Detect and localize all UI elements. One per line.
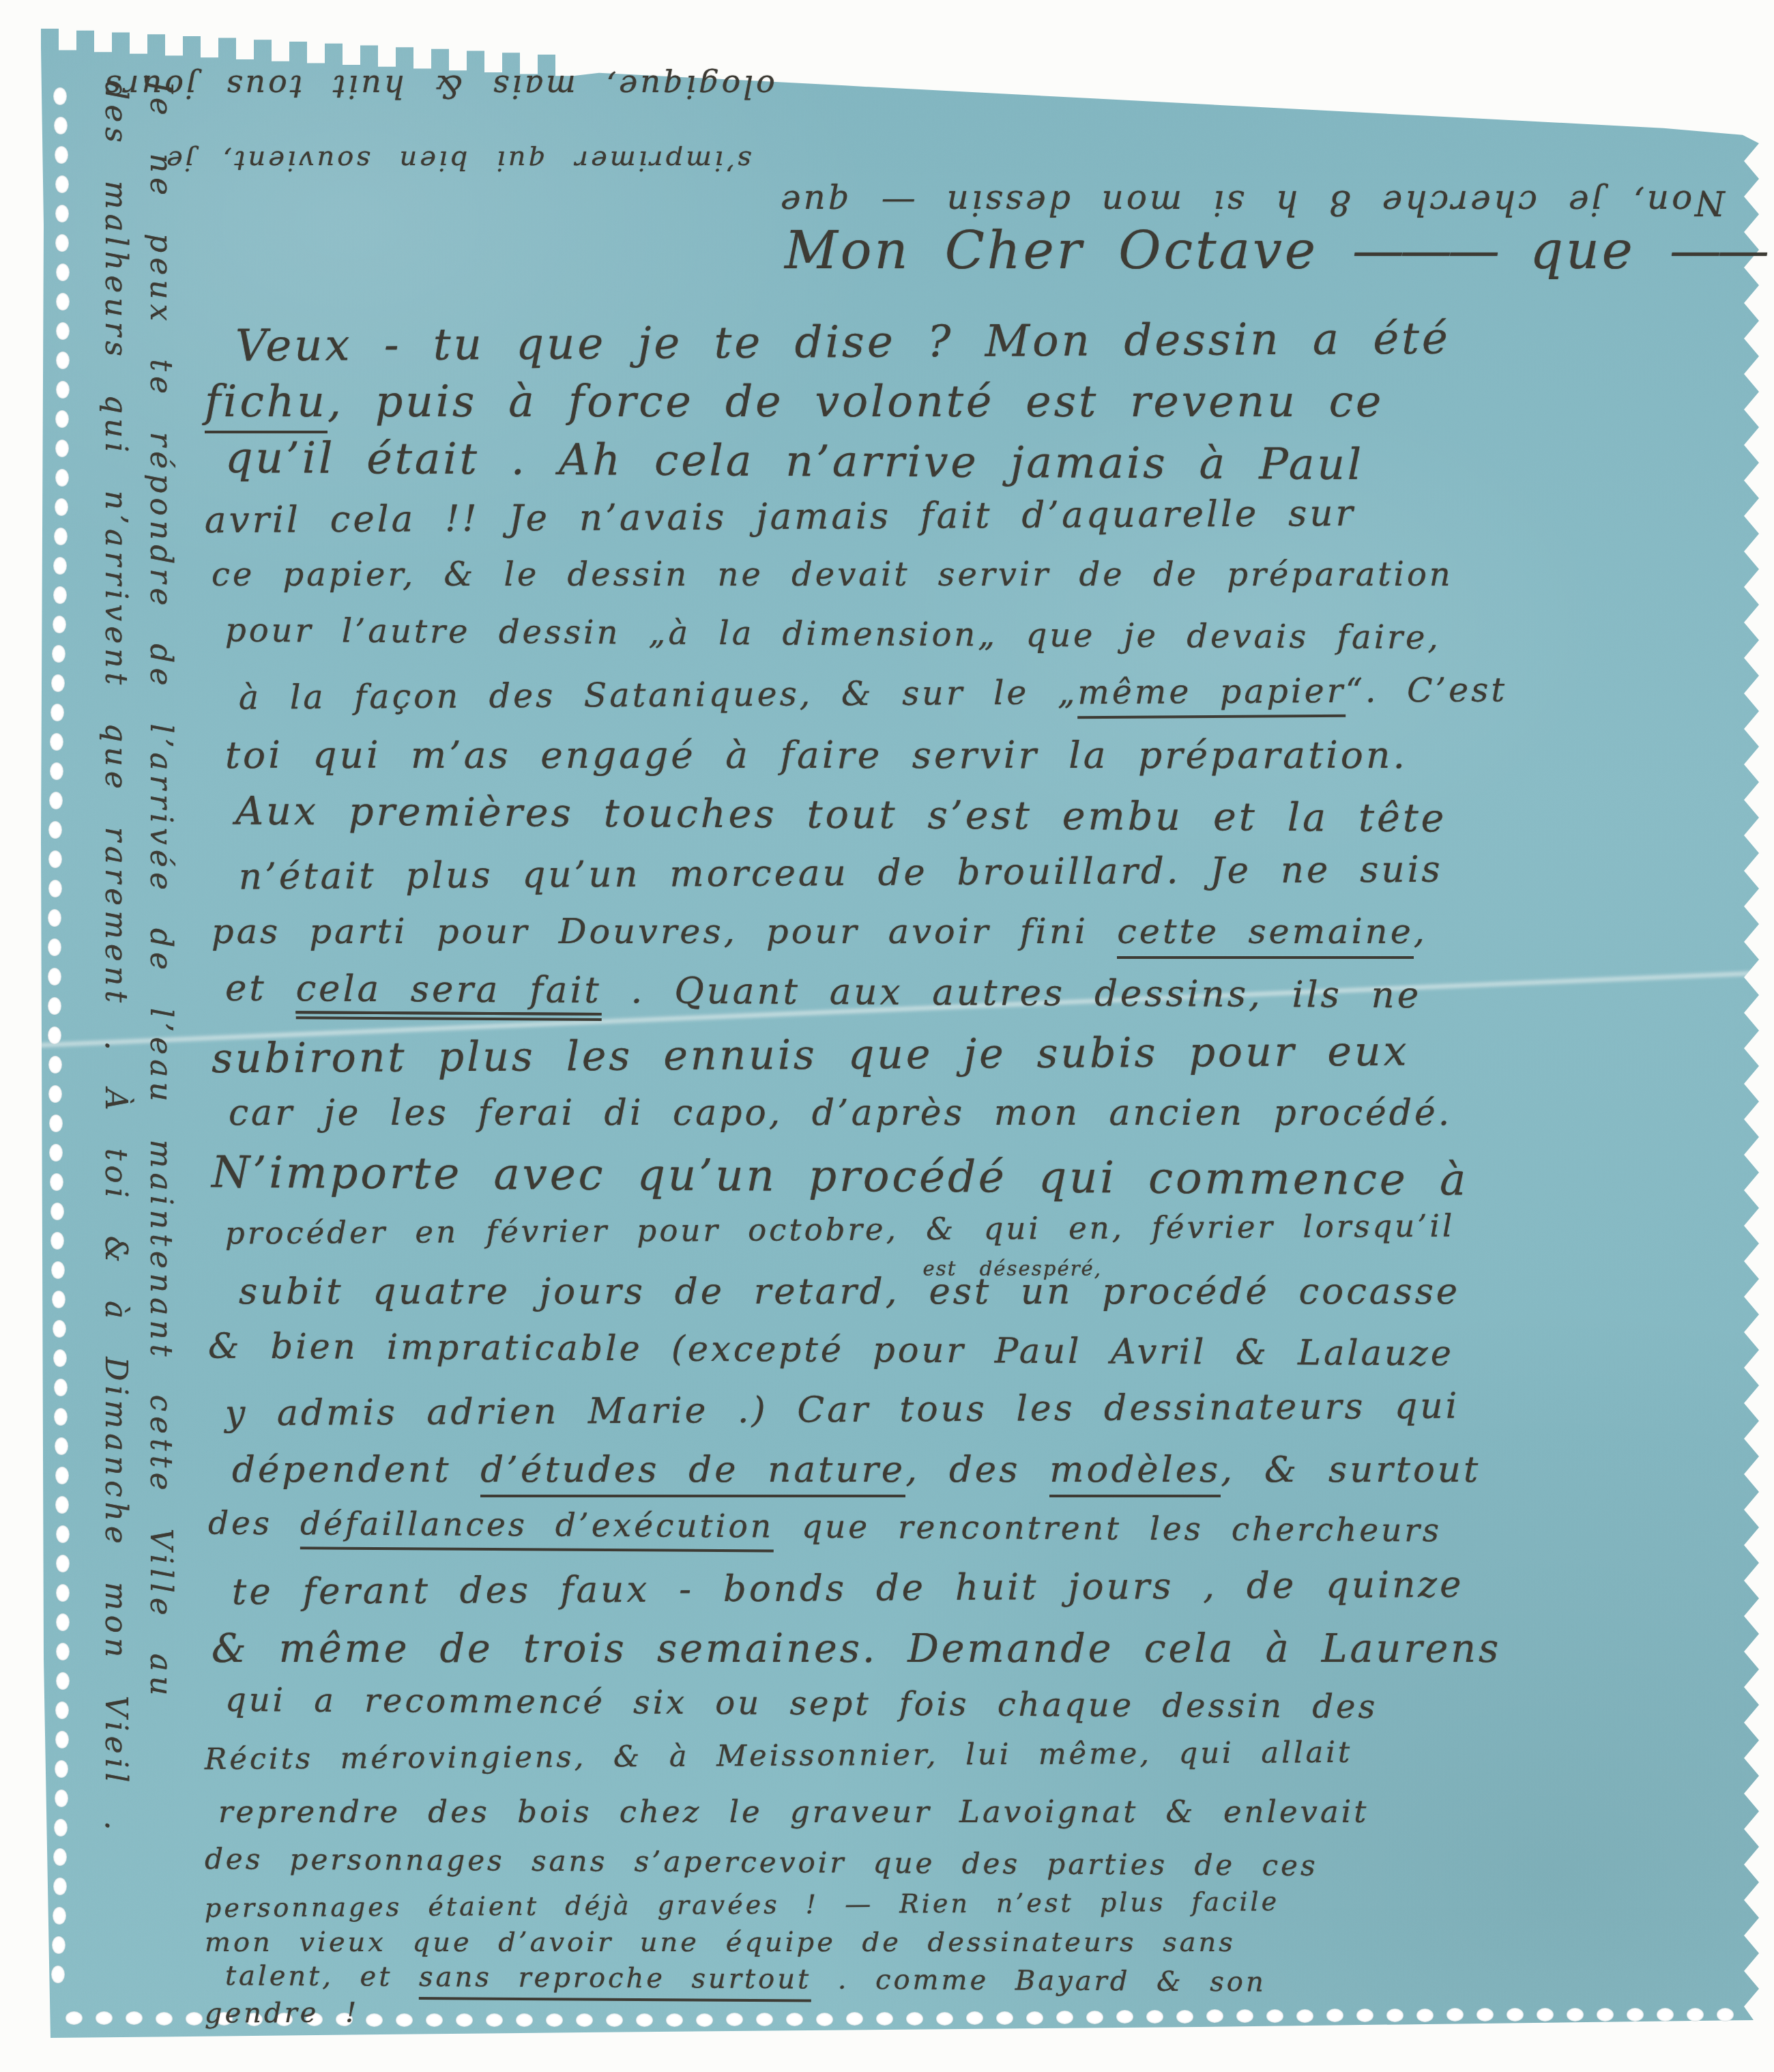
perforation-hole	[53, 1877, 67, 1895]
letter-line: & bien impraticable (excepté pour Paul A…	[208, 1329, 1454, 1371]
perforation-hole	[56, 1525, 70, 1543]
perforation-hole	[55, 1467, 69, 1484]
letter-line: reprendre des bois chez le graveur Lavoi…	[218, 1796, 1369, 1827]
perforation-hole	[56, 322, 70, 340]
letter-line: y admis adrien Marie .) Car tous les des…	[225, 1388, 1459, 1431]
perforation-hole	[606, 2013, 623, 2027]
letter-line: Aux premières touches tout s’est embu et…	[235, 792, 1447, 839]
letter-line: et cela sera fait . Quant aux autres des…	[225, 970, 1421, 1014]
letter-line: n’était plus qu’un morceau de brouillard…	[239, 852, 1443, 895]
letter-line: avril cela !! Je n’avais jamais fait d’a…	[205, 495, 1356, 538]
letter-line: subit quatre jours de retard, est un pro…	[239, 1274, 1460, 1310]
perforation-hole	[1627, 2008, 1644, 2021]
perforation-hole	[516, 2013, 533, 2027]
inverted-continuation-line: Non, je cherche 8 h si mon dessin — que	[778, 183, 1725, 222]
perforation-hole	[426, 2013, 443, 2027]
perforation-hole	[53, 1907, 66, 1925]
letter-line: des défaillances d’exécution que rencont…	[208, 1507, 1442, 1546]
letter-line: mon vieux que d’avoir une équipe de dess…	[205, 1929, 1236, 1956]
perforation-hole	[48, 850, 62, 868]
perforation-hole	[48, 880, 62, 897]
perforation-hole	[51, 674, 65, 692]
salutation-flourish: ——	[1670, 220, 1765, 280]
salutation-flourish: ———	[1352, 220, 1496, 280]
perforation-hole	[48, 968, 61, 985]
perforation-hole	[1176, 2010, 1193, 2024]
perforation-hole	[52, 1291, 66, 1308]
letter-line: fichu, puis à force de volonté est reven…	[205, 380, 1384, 423]
letter-line: ce papier, & le dessin ne devait servir …	[212, 558, 1453, 591]
perforation-hole	[55, 440, 69, 457]
perforation-hole	[1657, 2008, 1674, 2021]
perforation-hole	[1086, 2011, 1103, 2024]
letter-line: toi qui m’as engagé à faire servir la pr…	[225, 736, 1408, 774]
perforation-hole	[456, 2013, 473, 2027]
perforation-hole	[54, 1819, 68, 1837]
inverted-continuation-line: ologique, mais & huit tous jours	[102, 68, 775, 105]
letter-line: & même de trois semaines. Demande cela à…	[212, 1630, 1501, 1669]
perforation-hole	[50, 1203, 64, 1220]
perforation-hole	[936, 2012, 953, 2026]
perforation-hole	[636, 2013, 653, 2027]
perforation-hole	[1146, 2010, 1163, 2024]
perforation-hole	[1386, 2009, 1404, 2022]
perforation-hole	[1296, 2009, 1313, 2023]
perforation-hole	[53, 1320, 66, 1338]
perforation-hole	[56, 351, 70, 369]
perforation-hole	[55, 1496, 69, 1514]
margin-note-line: Je ne peux te répondre de l’arrivée de l…	[138, 81, 183, 1988]
perforation-hole	[51, 1966, 65, 1983]
perforation-hole	[49, 1114, 63, 1132]
perforation-hole	[53, 586, 67, 604]
letter-line: pour l’autre dessin „à la dimension„ que…	[225, 614, 1441, 654]
perforation-hole	[48, 997, 61, 1015]
perforation-hole	[816, 2013, 833, 2026]
perforation-hole	[56, 1613, 70, 1631]
perforation-hole	[56, 1643, 70, 1660]
letter-line: procéder en février pour octobre, & qui …	[225, 1210, 1455, 1248]
perforation-hole	[48, 1056, 62, 1074]
perforation-hole	[50, 1173, 63, 1191]
letter-line: pas parti pour Douvres, pour avoir fini …	[212, 915, 1427, 949]
inverted-continuation-line: s’imprimer qui bien souvient, je	[164, 145, 751, 176]
interline-insertion: est désespéré,	[923, 1259, 1103, 1279]
perforation-hole	[1537, 2008, 1554, 2021]
perforation-hole	[576, 2013, 593, 2027]
perforation-hole	[56, 1672, 70, 1690]
margin-note-line: des malheurs qui n’arrivent que rarement…	[93, 81, 138, 1988]
perforation-hole	[50, 762, 63, 780]
perforation-hole	[696, 2013, 713, 2027]
perforation-hole	[55, 469, 69, 487]
letter-line: te ferant des faux - bonds de huit jours…	[232, 1566, 1464, 1610]
letter-line: des personnages sans s’apercevoir que de…	[205, 1845, 1318, 1880]
salutation-text: Mon Cher Octave	[785, 220, 1318, 280]
perforation-hole	[48, 1085, 62, 1103]
perforation-hole	[666, 2013, 683, 2027]
perforation-hole	[53, 1349, 67, 1367]
perforation-hole	[56, 263, 70, 281]
letter-line: qui a recommencé six ou sept fois chaque…	[225, 1684, 1378, 1723]
perforation-hole	[55, 146, 68, 164]
letter-line: N’importe avec qu’un procédé qui commenc…	[212, 1151, 1469, 1202]
perforation-hole	[996, 2011, 1013, 2025]
perforation-hole	[56, 1555, 70, 1572]
perforation-hole	[546, 2013, 563, 2027]
perforation-hole	[366, 2013, 383, 2027]
perforation-hole	[56, 293, 70, 311]
perforation-hole	[1266, 2009, 1283, 2023]
letter-line: Récits mérovingiens, & à Meissonnier, lu…	[205, 1738, 1352, 1774]
perforation-hole	[55, 1789, 68, 1807]
salutation-tail: que	[1530, 220, 1635, 280]
perforation-hole	[396, 2013, 413, 2027]
perforation-hole	[52, 645, 66, 663]
margin-note: Je ne peux te répondre de l’arrivée de l…	[93, 81, 183, 1988]
perforation-hole	[156, 2012, 173, 2026]
letter-line: à la façon des Sataniques, & sur le „mêm…	[239, 673, 1507, 714]
perforation-hole	[56, 381, 70, 399]
perforation-hole	[1236, 2009, 1253, 2023]
perforation-hole	[55, 498, 68, 516]
perforation-hole	[49, 792, 63, 809]
perforation-hole	[55, 1437, 68, 1455]
perforation-hole	[1026, 2011, 1043, 2025]
perforation-hole	[49, 1144, 63, 1162]
letter-line: dépendent d’études de nature, des modèle…	[232, 1452, 1481, 1488]
perforation-hole	[56, 1584, 70, 1602]
perforation-hole	[66, 2011, 83, 2025]
scan-background: ologique, mais & huit tous jours s’impri…	[0, 0, 1774, 2072]
perforation-hole	[1687, 2008, 1704, 2021]
letter-line: Veux - tu que je te dise ? Mon dessin a …	[235, 317, 1451, 369]
perforation-hole	[906, 2012, 923, 2026]
letter-line: car je les ferai di capo, d’après mon an…	[229, 1095, 1452, 1131]
perforation-hole	[486, 2013, 503, 2027]
perforation-hole	[1416, 2009, 1434, 2022]
perforation-hole	[55, 175, 69, 193]
perforation-hole	[53, 616, 66, 633]
perforation-hole	[52, 1936, 66, 1954]
letter-line: gendre !	[205, 1999, 359, 2027]
perforation-hole	[55, 1731, 69, 1749]
letter-line: talent, et sans reproche surtout . comme…	[225, 1962, 1266, 1996]
salutation: Mon Cher Octave ——— que ——	[785, 220, 1765, 280]
letter-line: subiront plus les ennuis que je subis po…	[212, 1031, 1410, 1080]
perforation-hole	[186, 2012, 203, 2026]
perforation-hole	[48, 938, 61, 956]
perforation-hole	[786, 2013, 803, 2026]
perforation-hole	[1567, 2008, 1584, 2021]
perforation-hole	[1597, 2008, 1614, 2021]
letter-line: personnages étaient déjà gravées ! — Rie…	[205, 1888, 1279, 1921]
perforation-hole	[1356, 2009, 1373, 2022]
perforation-hole	[96, 2011, 113, 2025]
letter-line: qu’il était . Ah cela n’arrive jamais à …	[225, 436, 1364, 486]
perforation-hole	[54, 1379, 68, 1396]
perforation-hole	[55, 205, 69, 222]
